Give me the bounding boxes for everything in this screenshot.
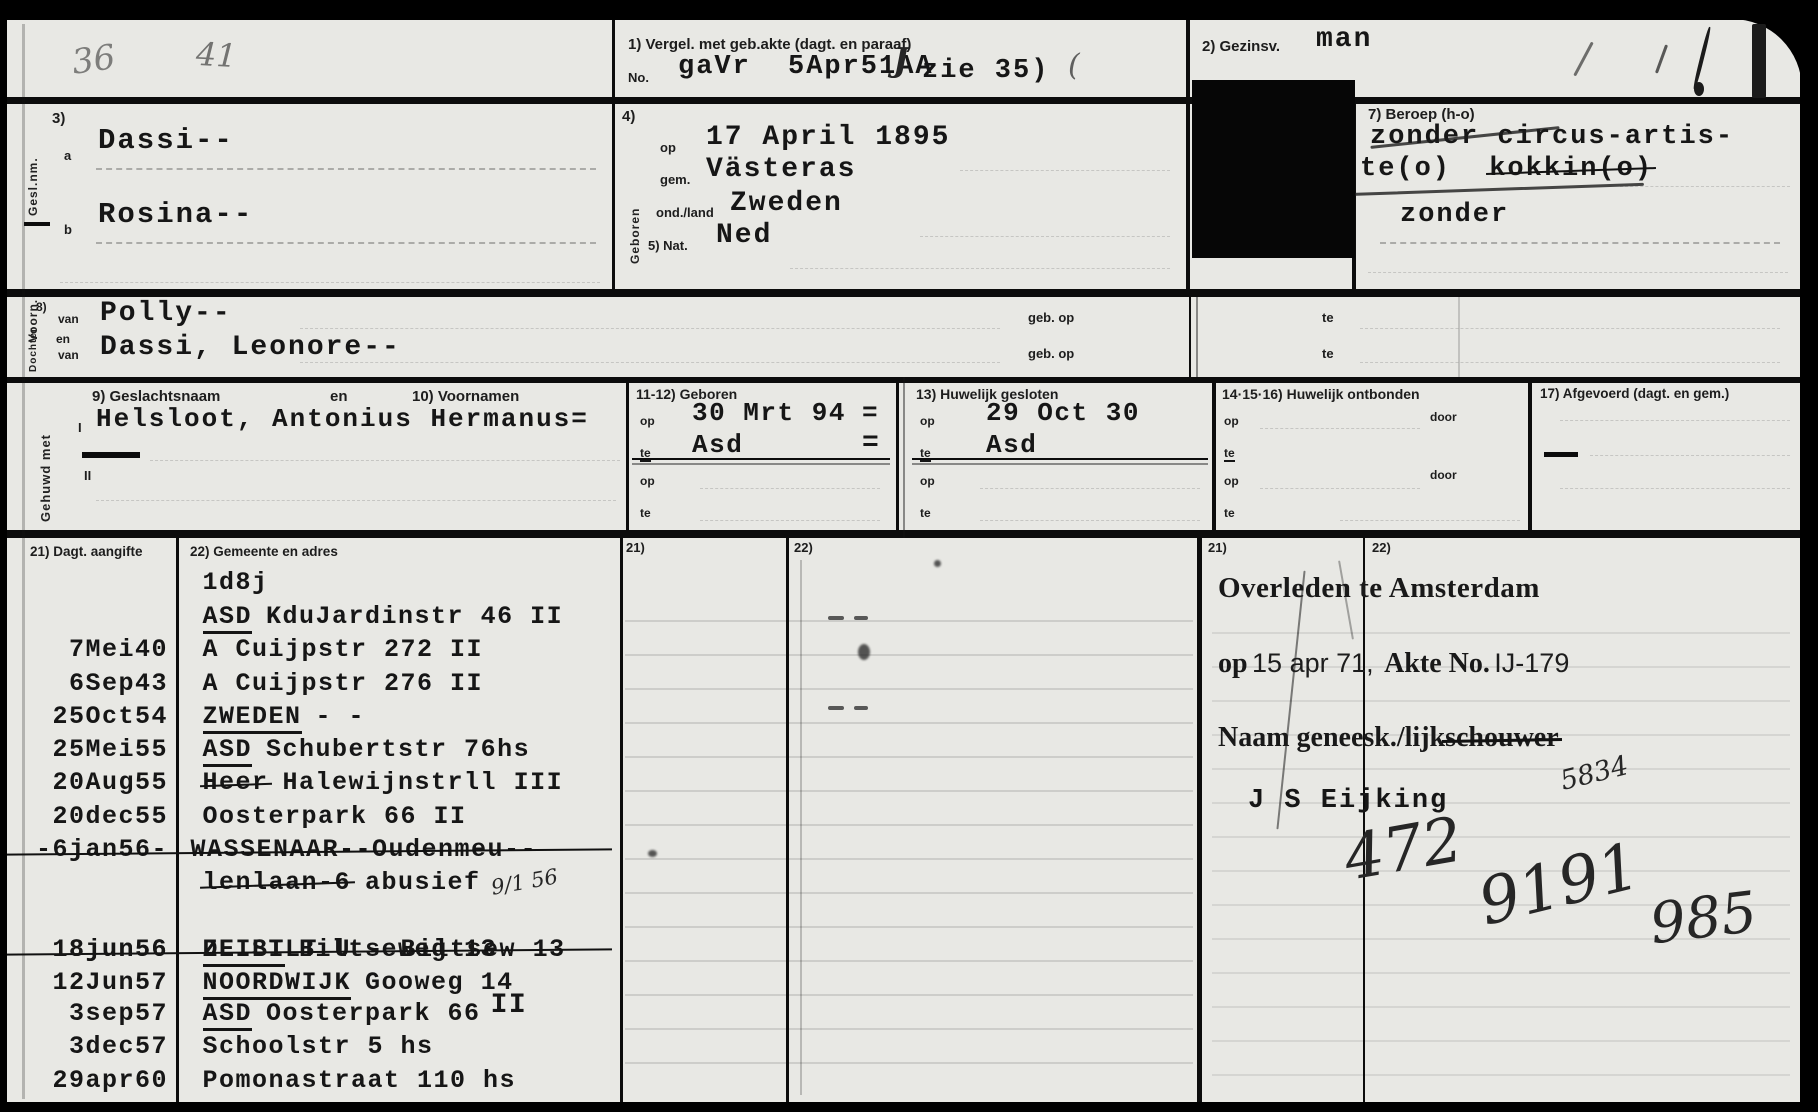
- marriage-header-voornamen: 10) Voornamen: [412, 388, 519, 405]
- address-date: 20dec55: [0, 800, 168, 833]
- section4-side-label: Geboren: [628, 134, 642, 264]
- address-row: 12Jun57 NOORDWIJKGooweg 14: [0, 966, 640, 1000]
- firstname-value: Rosina--: [98, 198, 253, 231]
- address-row: 25Mei55 ASDSchubertstr 76hs: [0, 733, 640, 767]
- ink-spot: [648, 850, 657, 857]
- en-label: en: [56, 332, 70, 346]
- address-addr-header: 22) Gemeente en adres: [190, 544, 338, 559]
- born-op-value: 30 Mrt 94: [692, 398, 846, 428]
- geb-op-label-1: geb. op: [1028, 310, 1074, 325]
- field2-value: man: [1316, 24, 1372, 55]
- scan-border-bottom: [0, 1102, 1818, 1112]
- address-row: 7Mei40 A Cuijpstr 272 II: [0, 633, 640, 667]
- parent2-value: Dassi, Leonore--: [100, 332, 401, 363]
- nationality-value: Ned: [716, 220, 772, 251]
- address-date: 20Aug55: [0, 766, 168, 799]
- address-date: 3sep57: [0, 997, 168, 1030]
- address-row: 18jun56 ZEISTBiltseweg 13: [0, 933, 640, 967]
- divorced-header: 14·15·16) Huwelijk ontbonden: [1222, 386, 1420, 402]
- no-value-2: 5Apr51AA: [788, 52, 934, 82]
- spouse-numeral-2: II: [84, 468, 91, 483]
- divorced-door2-label: door: [1430, 468, 1457, 482]
- born-eq-2: =: [862, 428, 879, 459]
- born-te-label: te: [640, 446, 651, 462]
- death-date-value: 15 apr 71,: [1252, 648, 1374, 678]
- surname-value: Dassi--: [98, 124, 234, 157]
- address-row: lenlaan-6abusief9/1 56: [0, 866, 640, 900]
- death-akte-label: Akte No.: [1384, 648, 1490, 679]
- address-date: 29apr60: [0, 1064, 168, 1097]
- divorced-door-label: door: [1430, 410, 1457, 424]
- handwritten-number-left-2: 41: [195, 35, 238, 75]
- stray-mark: [854, 616, 868, 620]
- parent1-van-label: van: [58, 312, 79, 326]
- address-date-header: 21) Dagt. aangifte: [30, 544, 143, 559]
- handwritten-number-left: 36: [69, 37, 117, 83]
- field1-label: 1) Vergel. met geb.akte (dagt. en paraaf…: [628, 36, 911, 53]
- death-akte-value: IJ-179: [1494, 648, 1569, 678]
- section3-a-label: a: [64, 148, 71, 163]
- married-te-value: Asd: [986, 430, 1037, 460]
- address-date: 3dec57: [0, 1030, 168, 1063]
- spouse-numeral-1: I: [78, 420, 82, 435]
- col21b-header: 21): [626, 540, 645, 555]
- address-row: 1d8j: [0, 566, 640, 600]
- parent2-van-label: van: [58, 348, 79, 362]
- stray-mark: [828, 706, 844, 710]
- married-op-value: 29 Oct 30: [986, 398, 1140, 428]
- scan-border-right: [1800, 0, 1818, 1112]
- paraaf-initial: J: [893, 40, 909, 79]
- te-label-1: te: [1322, 310, 1334, 325]
- marriage-header-name: 9) Geslachtsnaam: [92, 388, 220, 405]
- occupation-line3: zonder: [1400, 200, 1509, 230]
- col22c-header: 22): [1372, 540, 1391, 555]
- ink-blob: [1694, 82, 1704, 96]
- divorced-te2-label: te: [1224, 506, 1235, 520]
- married-te2-label: te: [920, 506, 931, 520]
- birth-country-value: Zweden: [730, 188, 843, 219]
- redaction-box: [1192, 80, 1355, 258]
- pen-squiggle: (: [1068, 48, 1080, 83]
- section3-number: 3): [52, 110, 65, 127]
- no-value-1: gaVr: [678, 52, 751, 82]
- birth-place-value: Västeras: [706, 154, 856, 185]
- address-row: 3dec57 Schoolstr 5 hs: [0, 1030, 640, 1064]
- section3-side-label-top: Gesl.nm.: [26, 116, 40, 216]
- address-date: 7Mei40: [0, 633, 168, 666]
- married-op2-label: op: [920, 474, 935, 488]
- address-date: 18jun56: [0, 933, 168, 966]
- address-row: 20Aug55 HeerHalewijnstrll III: [0, 766, 640, 800]
- scan-border-left: [0, 0, 7, 1112]
- divorced-op-label: op: [1224, 414, 1239, 428]
- address-row: 29apr60 Pomonastraat 110 hs: [0, 1064, 640, 1098]
- scan-border-top: [0, 0, 1818, 20]
- occupation-line2: te(o) kokkin(o): [1360, 154, 1653, 184]
- address-date: 6Sep43: [0, 667, 168, 700]
- birth-land-label: ond./land: [656, 205, 714, 220]
- occupation-line2b: kokkin(o): [1489, 154, 1653, 184]
- examiner-label: Naam geneesk./lijk: [1218, 722, 1445, 753]
- field2-label: 2) Gezinsv.: [1202, 38, 1280, 55]
- col21c-header: 21): [1208, 540, 1227, 555]
- occupation-line2a: te(o): [1360, 154, 1451, 184]
- address-row: 3sep57 ASDOosterpark 66II: [0, 997, 640, 1031]
- birth-op-label: op: [660, 140, 676, 155]
- divorced-op2-label: op: [1224, 474, 1239, 488]
- nationality-label: 5) Nat.: [648, 238, 688, 253]
- section3-b-label: b: [64, 222, 72, 237]
- parent1-value: Polly--: [100, 298, 232, 329]
- ink-spot: [934, 560, 941, 567]
- no-label: No.: [628, 70, 649, 85]
- address-date: -6jan56-: [0, 833, 168, 866]
- address-row: 25Oct54 ZWEDEN- -: [0, 700, 640, 734]
- examiner-label-struck: schouwer: [1445, 722, 1559, 753]
- card-edge-mark: [1752, 24, 1766, 98]
- address-date: 25Mei55: [0, 733, 168, 766]
- persoonskaart-scan: 36 41 1) Vergel. met geb.akte (dagt. en …: [0, 0, 1818, 1112]
- address-row: 6Sep43 A Cuijpstr 276 II: [0, 667, 640, 701]
- married-op-label: op: [920, 414, 935, 428]
- te-label-2: te: [1322, 346, 1334, 361]
- ink-spot: [858, 644, 870, 660]
- marriage-side-label: Gehuwd met: [38, 402, 53, 522]
- death-line1: Overleden te Amsterdam: [1218, 572, 1540, 605]
- born-op2-label: op: [640, 474, 655, 488]
- death-op-label: op: [1218, 648, 1248, 679]
- address-date: 12Jun57: [0, 966, 168, 999]
- birth-date-value: 17 April 1895: [706, 122, 950, 153]
- married-te-label: te: [920, 446, 931, 462]
- marriage-header-en: en: [330, 388, 348, 405]
- born-te2-label: te: [640, 506, 651, 520]
- divorced-te-label: te: [1224, 446, 1235, 462]
- address-date: 25Oct54: [0, 700, 168, 733]
- born-eq-1: =: [862, 398, 878, 428]
- address-row: ASDKduJardinstr 46 II: [0, 600, 640, 634]
- birth-gem-label: gem.: [660, 172, 690, 187]
- address-row: 20dec55 Oosterpark 66 II: [0, 800, 640, 834]
- geb-op-label-2: geb. op: [1028, 346, 1074, 361]
- section8-side-label: Dochter: [28, 306, 39, 372]
- stray-mark: [828, 616, 844, 620]
- removed-header: 17) Afgevoerd (dagt. en gem.): [1540, 386, 1729, 401]
- section7-label: 7) Beroep (h-o): [1368, 106, 1475, 123]
- born-te-value: Asd: [692, 430, 743, 460]
- handwritten-985: 985: [1646, 880, 1760, 958]
- no-value-3: zie 35): [922, 56, 1049, 86]
- stray-mark: [854, 706, 868, 710]
- section4-number: 4): [622, 108, 635, 125]
- born-op-label: op: [640, 414, 655, 428]
- col22b-header: 22): [794, 540, 813, 555]
- spouse-name: Helsloot, Antonius Hermanus=: [96, 404, 589, 434]
